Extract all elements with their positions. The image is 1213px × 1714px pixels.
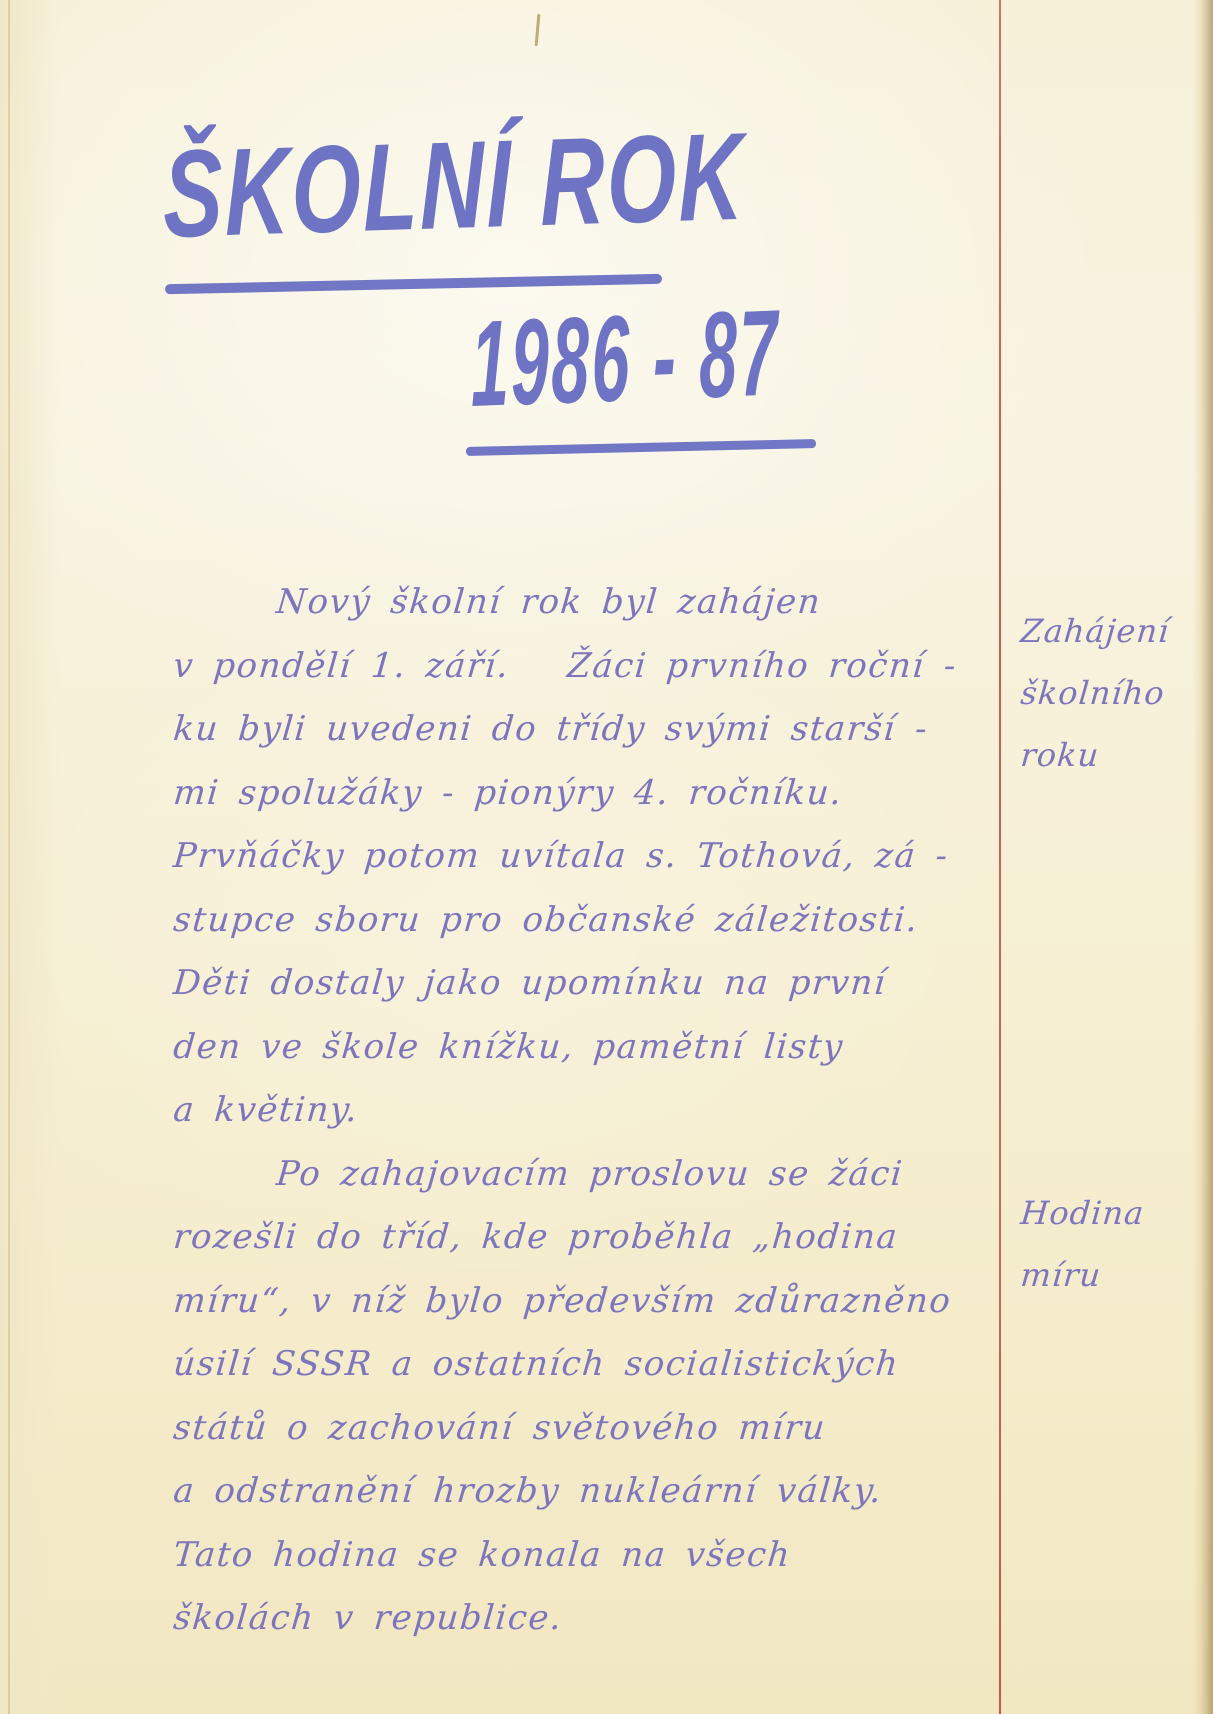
handwritten-line: v pondělí 1. září. Žáci prvního roční - — [172, 649, 958, 683]
handwritten-line: den ve škole knížku, pamětní listy — [172, 1030, 845, 1064]
margin-note-line: míru — [1018, 1244, 1213, 1306]
handwritten-line: stupce sboru pro občanské záležitosti. — [172, 903, 920, 937]
margin-note-line: Hodina — [1018, 1182, 1213, 1244]
handwritten-line: rozešli do tříd, kde proběhla „hodina — [172, 1220, 900, 1254]
margin-note-line: Zahájení — [1018, 600, 1213, 662]
margin-note-school-year-opening: Zahájení školního roku — [1018, 600, 1208, 786]
handwritten-line: Po zahajovacím proslovu se žáci — [275, 1157, 905, 1191]
handwritten-line: mi spolužáky - pionýry 4. ročníku. — [172, 776, 844, 810]
handwritten-line: Nový školní rok byl zahájen — [275, 585, 823, 619]
handwritten-line: úsilí SSSR a ostatních socialistických — [172, 1347, 901, 1381]
handwritten-line: míru“, v níž bylo především zdůrazněno — [172, 1284, 953, 1318]
handwritten-body-text: Nový školní rok byl zahájen v pondělí 1.… — [0, 0, 1213, 1714]
margin-note-line: roku — [1018, 724, 1213, 786]
margin-note-line: školního — [1018, 662, 1213, 724]
handwritten-line: Děti dostaly jako upomínku na první — [172, 966, 888, 1000]
handwritten-line: Tato hodina se konala na všech — [172, 1538, 792, 1572]
handwritten-line: ku byli uvedeni do třídy svými starší - — [172, 712, 930, 746]
handwritten-line: Prvňáčky potom uvítala s. Tothová, zá - — [172, 839, 950, 873]
handwritten-line: školách v republice. — [172, 1601, 564, 1635]
handwritten-line: a odstranění hrozby nukleární války. — [172, 1474, 884, 1508]
handwritten-line: států o zachování světového míru — [172, 1411, 827, 1445]
scanned-chronicle-page: ŠKOLNÍ ROK 1986 - 87 Nový školní rok byl… — [0, 0, 1213, 1714]
margin-note-peace-hour: Hodina míru — [1018, 1182, 1208, 1306]
handwritten-line: a květiny. — [172, 1093, 360, 1127]
